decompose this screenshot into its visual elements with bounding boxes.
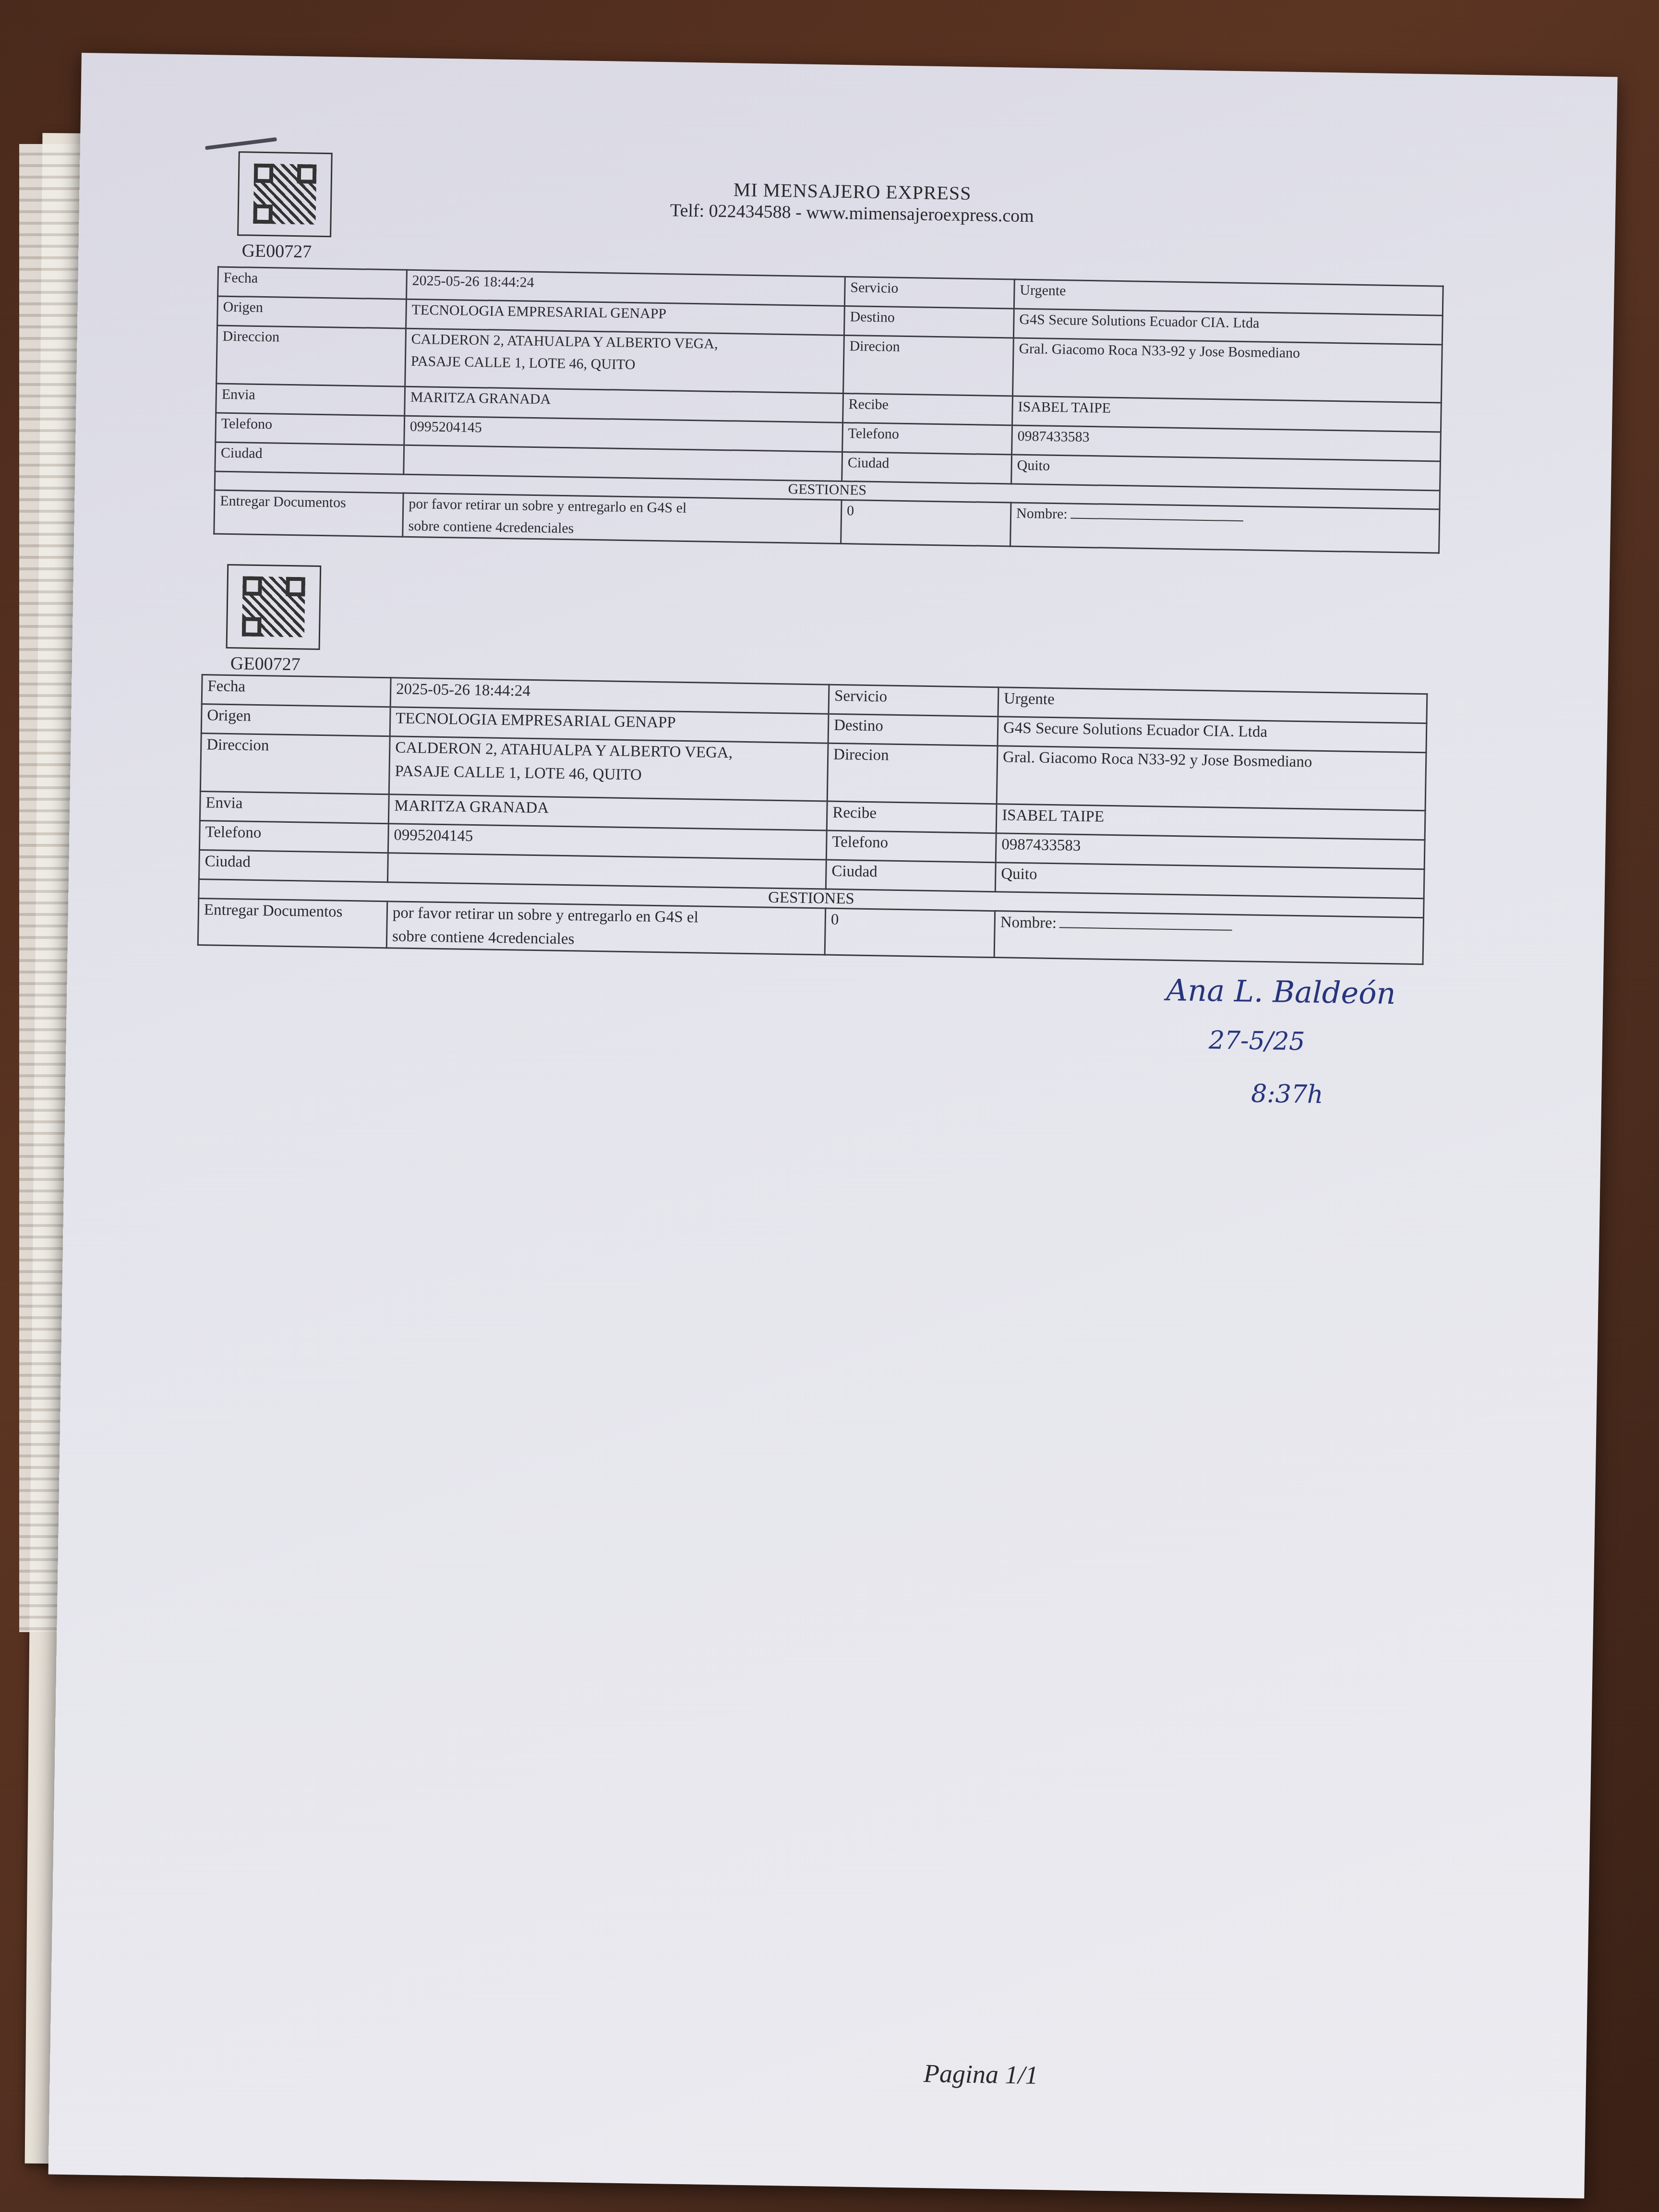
label-envia: Envia bbox=[200, 792, 389, 824]
label-destino: Destino bbox=[844, 306, 1014, 338]
label-ciudad-origen: Ciudad bbox=[215, 442, 404, 474]
guide-table-1: Fecha 2025-05-26 18:44:24 Servicio Urgen… bbox=[213, 266, 1443, 554]
label-direccion-origen: Direccion bbox=[216, 325, 406, 386]
value-direccion-destino: Gral. Giacomo Roca N33-92 y Jose Bosmedi… bbox=[1013, 338, 1443, 403]
gestion-tipo: Entregar Documentos bbox=[214, 490, 403, 537]
qr-code-icon bbox=[237, 151, 333, 237]
label-telefono-envia: Telefono bbox=[216, 413, 405, 445]
label-ciudad-origen: Ciudad bbox=[199, 850, 388, 882]
label-recibe: Recibe bbox=[843, 394, 1013, 426]
label-telefono-envia: Telefono bbox=[199, 821, 388, 853]
gestion-cantidad: 0 bbox=[841, 500, 1011, 546]
value-direccion-origen: CALDERON 2, ATAHUALPA Y ALBERTO VEGA,PAS… bbox=[405, 328, 844, 393]
label-ciudad-destino: Ciudad bbox=[842, 452, 1012, 484]
label-origen: Origen bbox=[217, 296, 407, 328]
detalle-line-1: por favor retirar un sobre y entregarlo … bbox=[393, 904, 820, 928]
label-direccion-origen: Direccion bbox=[200, 733, 390, 794]
handwritten-date: 27-5/25 bbox=[1209, 1026, 1305, 1056]
label-direccion-destino: Direcion bbox=[843, 336, 1014, 397]
delivery-guide-page: MI MENSAJERO EXPRESS Telf: 022434588 - w… bbox=[48, 53, 1618, 2199]
direccion-line-1: CALDERON 2, ATAHUALPA Y ALBERTO VEGA, bbox=[395, 739, 822, 763]
label-fecha: Fecha bbox=[202, 675, 391, 707]
nombre-field: Nombre: bbox=[994, 911, 1423, 964]
detalle-line-1: por favor retirar un sobre y entregarlo … bbox=[409, 496, 836, 519]
label-telefono-recibe: Telefono bbox=[842, 423, 1012, 455]
handwritten-time: 8:37h bbox=[1251, 1080, 1323, 1109]
gestion-tipo: Entregar Documentos bbox=[198, 899, 387, 948]
gestion-cantidad: 0 bbox=[825, 908, 995, 958]
company-header: MI MENSAJERO EXPRESS Telf: 022434588 - w… bbox=[636, 177, 1069, 227]
label-servicio: Servicio bbox=[829, 685, 998, 717]
guide-number: GE00727 bbox=[230, 653, 301, 675]
signature-line bbox=[1059, 927, 1232, 931]
label-servicio: Servicio bbox=[844, 277, 1014, 309]
signature-line bbox=[1070, 517, 1243, 521]
nombre-label: Nombre: bbox=[1016, 505, 1068, 522]
handwritten-signature: Ana L. Baldeón bbox=[1166, 973, 1396, 1011]
label-envia: Envia bbox=[216, 384, 405, 416]
direccion-line-1: CALDERON 2, ATAHUALPA Y ALBERTO VEGA, bbox=[411, 331, 838, 354]
nombre-label: Nombre: bbox=[1000, 914, 1057, 932]
value-direccion-origen: CALDERON 2, ATAHUALPA Y ALBERTO VEGA,PAS… bbox=[389, 736, 828, 801]
direccion-line-2: PASAJE CALLE 1, LOTE 46, QUITO bbox=[411, 353, 838, 376]
guide-table-2: Fecha 2025-05-26 18:44:24 Servicio Urgen… bbox=[197, 674, 1428, 965]
label-recibe: Recibe bbox=[827, 801, 997, 833]
label-destino: Destino bbox=[828, 714, 998, 746]
direccion-line-2: PASAJE CALLE 1, LOTE 46, QUITO bbox=[395, 762, 822, 787]
label-fecha: Fecha bbox=[218, 267, 407, 299]
qr-code-icon bbox=[226, 564, 322, 650]
label-origen: Origen bbox=[201, 704, 390, 736]
label-telefono-recibe: Telefono bbox=[826, 830, 996, 863]
gestion-detalle: por favor retirar un sobre y entregarlo … bbox=[386, 902, 825, 955]
value-direccion-destino: Gral. Giacomo Roca N33-92 y Jose Bosmedi… bbox=[997, 746, 1426, 811]
page-number: Pagina 1/1 bbox=[924, 2058, 1038, 2090]
label-ciudad-destino: Ciudad bbox=[826, 860, 996, 892]
detalle-line-2: sobre contiene 4credenciales bbox=[392, 927, 819, 952]
gestion-detalle: por favor retirar un sobre y entregarlo … bbox=[403, 493, 842, 543]
nombre-field: Nombre: bbox=[1010, 503, 1440, 553]
detalle-line-2: sobre contiene 4credenciales bbox=[408, 518, 835, 541]
guide-number: GE00727 bbox=[241, 240, 312, 262]
staple bbox=[205, 137, 277, 150]
label-direccion-destino: Direcion bbox=[827, 743, 998, 804]
